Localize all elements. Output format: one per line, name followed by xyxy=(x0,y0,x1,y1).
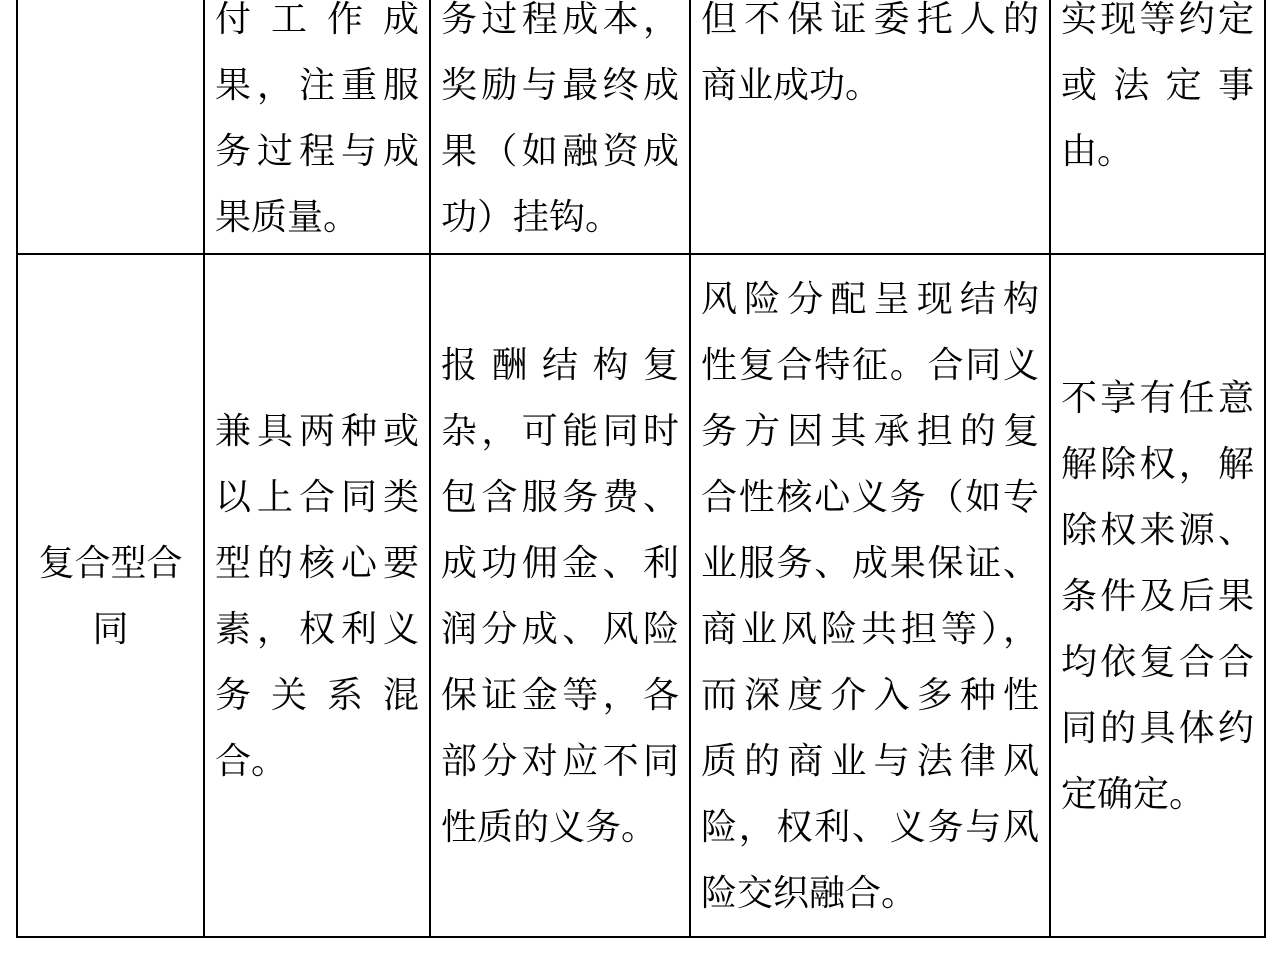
text-line: 除权来源、 xyxy=(1061,497,1254,563)
text-line: 但不保证委托人的 xyxy=(701,0,1039,52)
composite-risk-allocation-cell: 风险分配呈现结构性复合特征。合同义务方因其承担的复合性核心义务（如专业服务、成果… xyxy=(691,255,1051,938)
composite-core-features-cell: 兼具两种或以上合同类型的核心要素，权利义务关系混合。 xyxy=(205,255,431,938)
composite-contract-type-cell: 复合型合同 xyxy=(18,255,205,938)
text-line: 成功佣金、利 xyxy=(441,530,679,596)
text-line: 兼具两种或 xyxy=(215,398,419,464)
text-line: 合性核心义务（如专 xyxy=(701,464,1039,530)
cell-text: 务过程成本，奖励与最终成果（如融资成功）挂钩。 xyxy=(441,0,679,250)
text-line: 商业成功。 xyxy=(701,52,1039,118)
text-line: 合。 xyxy=(215,728,419,794)
document-page: 付工作成果，注重服务过程与成果质量。 务过程成本，奖励与最终成果（如融资成功）挂… xyxy=(0,0,1280,979)
text-line: 务过程与成 xyxy=(215,118,419,184)
text-line: 报酬结构复 xyxy=(441,332,679,398)
text-line: 奖励与最终成 xyxy=(441,52,679,118)
text-line: 商业风险共担等）， xyxy=(701,596,1039,662)
composite-remuneration-structure-cell: 报酬结构复杂，可能同时包含服务费、成功佣金、利润分成、风险保证金等，各部分对应不… xyxy=(431,255,691,938)
prev-remuneration-structure-cell: 务过程成本，奖励与最终成果（如融资成功）挂钩。 xyxy=(431,0,691,255)
text-line: 或法定事 xyxy=(1061,52,1254,118)
text-line: 险交织融合。 xyxy=(701,860,1039,926)
text-line: 质的商业与法律风 xyxy=(701,728,1039,794)
text-line: 杂，可能同时 xyxy=(441,398,679,464)
cell-text: 但不保证委托人的商业成功。 xyxy=(701,0,1039,118)
cell-text: 实现等约定或法定事由。 xyxy=(1061,0,1254,184)
text-line: 务方因其承担的复 xyxy=(701,398,1039,464)
prev-termination-rights-cell: 实现等约定或法定事由。 xyxy=(1051,0,1266,255)
prev-contract-type-cell xyxy=(18,0,205,255)
text-line: 复合型合 xyxy=(28,530,193,596)
text-line: 果（如融资成 xyxy=(441,118,679,184)
text-line: 风险分配呈现结构 xyxy=(701,266,1039,332)
cell-text: 付工作成果，注重服务过程与成果质量。 xyxy=(215,0,419,250)
text-line: 性质的义务。 xyxy=(441,794,679,860)
text-line: 同的具体约 xyxy=(1061,695,1254,761)
text-line: 务过程成本， xyxy=(441,0,679,52)
text-line: 付工作成 xyxy=(215,0,419,52)
text-line: 同 xyxy=(28,596,193,662)
text-line: 功）挂钩。 xyxy=(441,184,679,250)
text-line: 素，权利义 xyxy=(215,596,419,662)
composite-termination-rights-cell: 不享有任意解除权，解除权来源、条件及后果均依复合合同的具体约定确定。 xyxy=(1051,255,1266,938)
text-line: 定确定。 xyxy=(1061,761,1254,827)
text-line: 而深度介入多种性 xyxy=(701,662,1039,728)
text-line: 部分对应不同 xyxy=(441,728,679,794)
text-line: 均依复合合 xyxy=(1061,629,1254,695)
text-line: 不享有任意 xyxy=(1061,365,1254,431)
text-line: 务关系混 xyxy=(215,662,419,728)
text-line: 包含服务费、 xyxy=(441,464,679,530)
text-line: 险，权利、义务与风 xyxy=(701,794,1039,860)
text-line: 型的核心要 xyxy=(215,530,419,596)
text-line: 由。 xyxy=(1061,118,1254,184)
contract-comparison-table: 付工作成果，注重服务过程与成果质量。 务过程成本，奖励与最终成果（如融资成功）挂… xyxy=(16,0,1264,938)
text-line: 解除权，解 xyxy=(1061,431,1254,497)
prev-risk-allocation-cell: 但不保证委托人的商业成功。 xyxy=(691,0,1051,255)
text-line: 保证金等，各 xyxy=(441,662,679,728)
text-line: 业服务、成果保证、 xyxy=(701,530,1039,596)
text-line: 条件及后果 xyxy=(1061,563,1254,629)
text-line: 果质量。 xyxy=(215,184,419,250)
text-line: 实现等约定 xyxy=(1061,0,1254,52)
text-line: 性复合特征。合同义 xyxy=(701,332,1039,398)
text-line: 以上合同类 xyxy=(215,464,419,530)
text-line: 润分成、风险 xyxy=(441,596,679,662)
text-line: 果，注重服 xyxy=(215,52,419,118)
prev-core-features-cell: 付工作成果，注重服务过程与成果质量。 xyxy=(205,0,431,255)
